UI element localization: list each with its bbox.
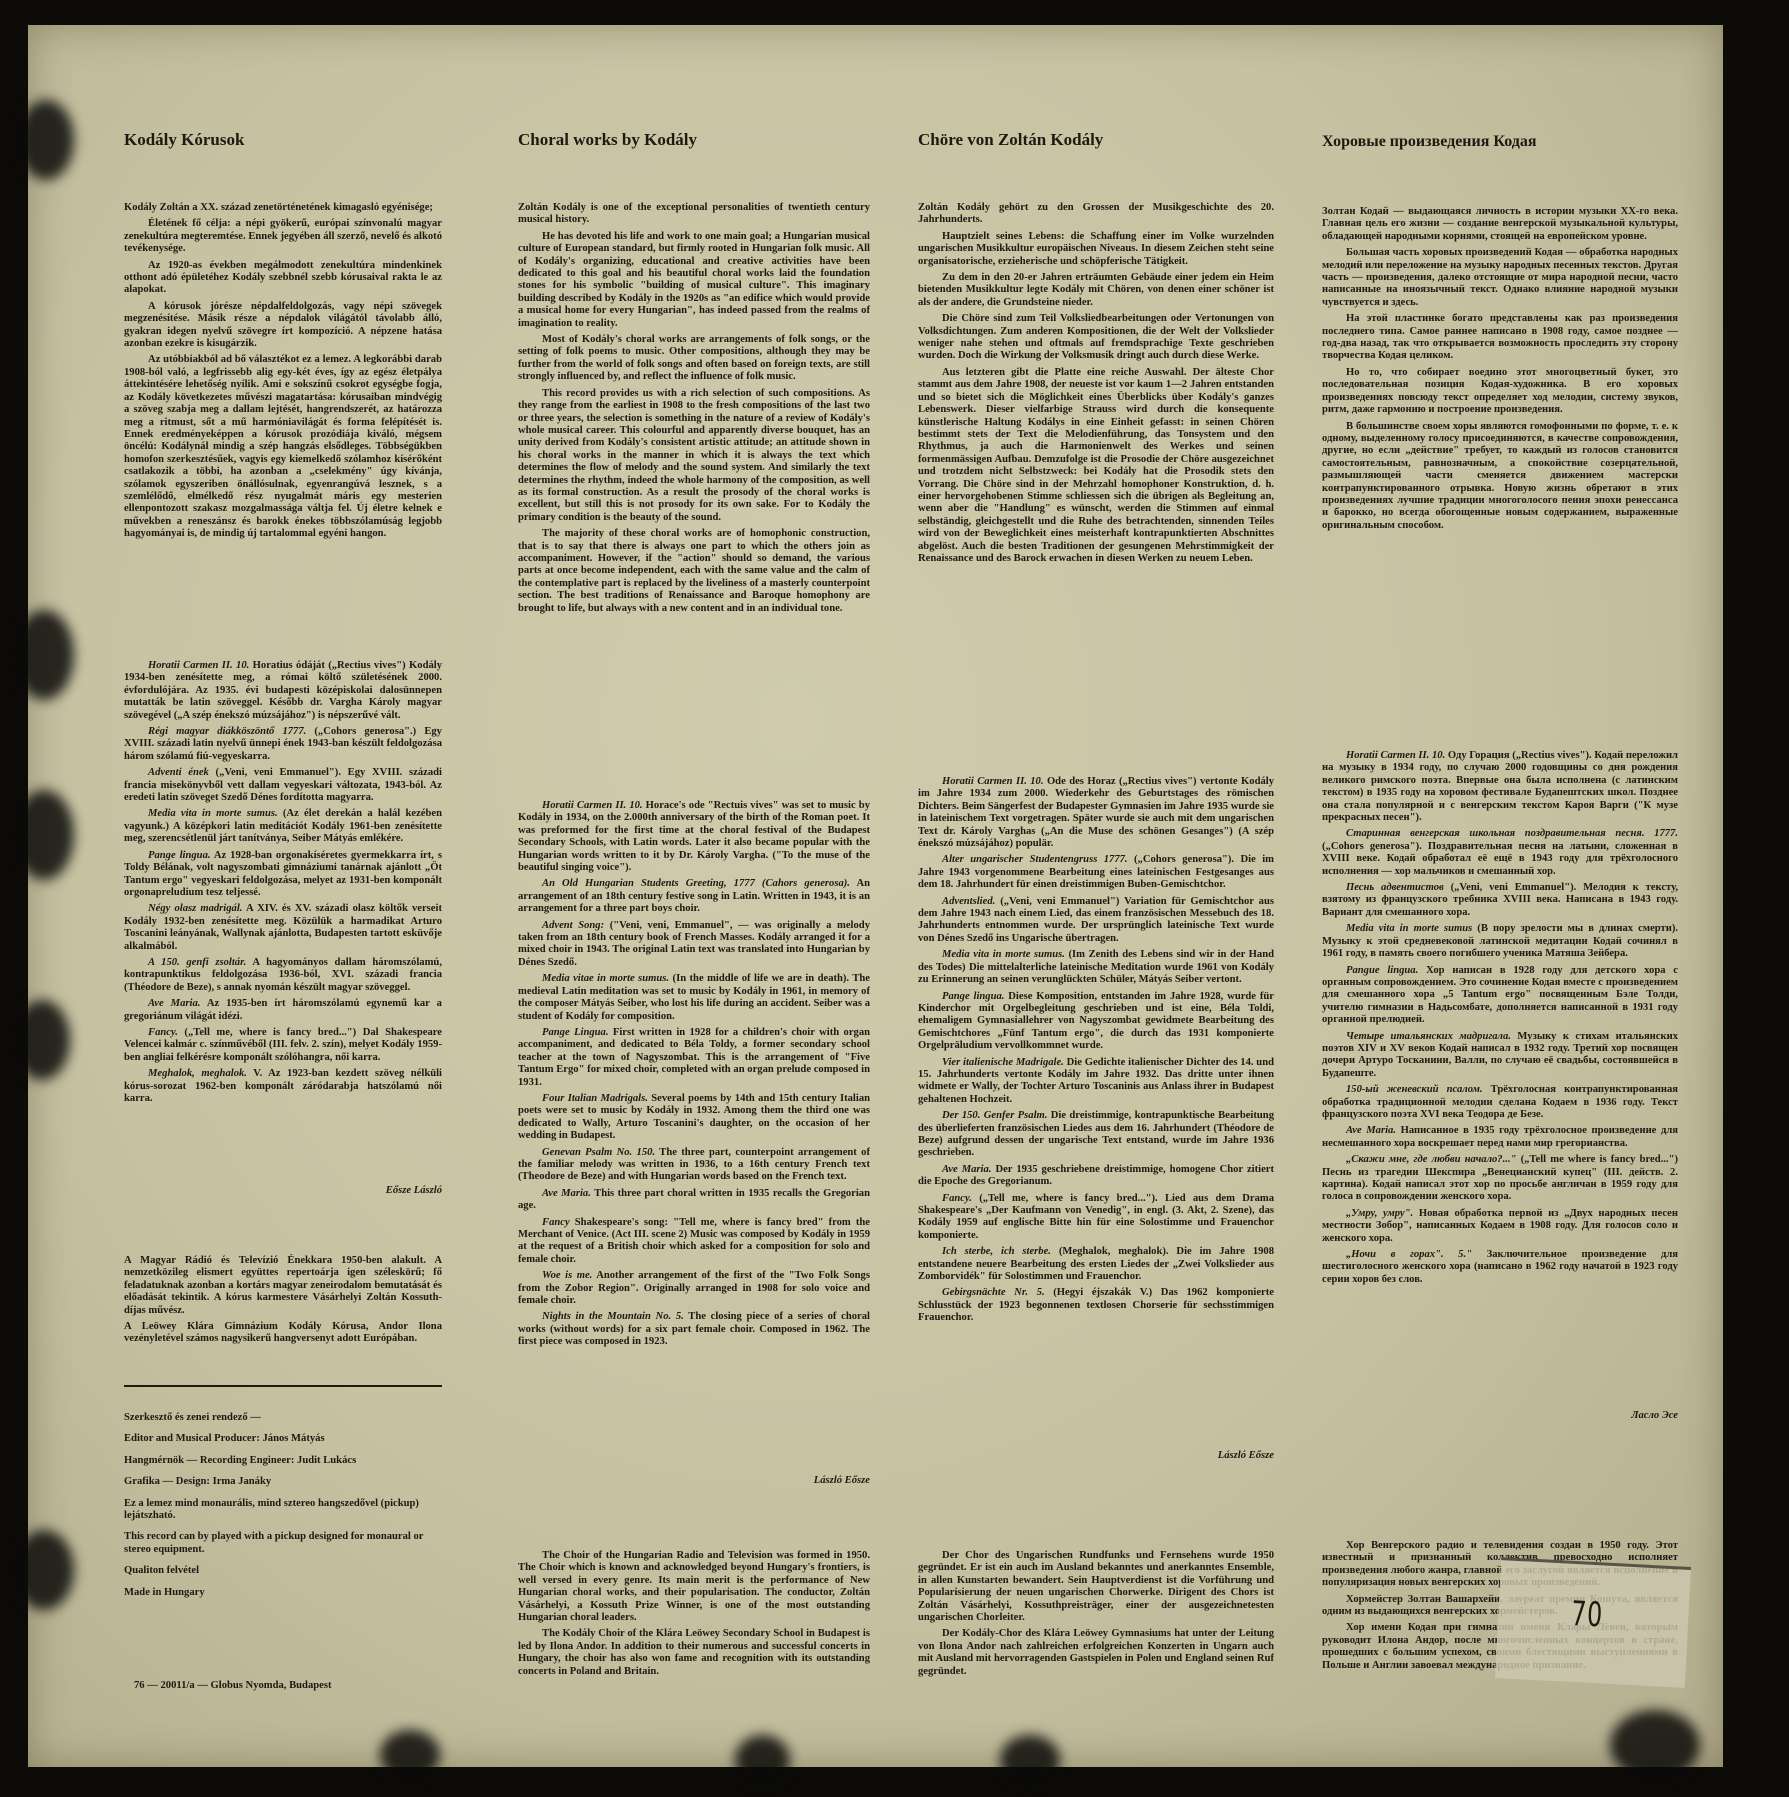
work-note: Fancy Shakespeare's song: "Tell me, wher…: [518, 1217, 870, 1267]
work-title: „Скажи мне, где любви начало?...": [1346, 1154, 1516, 1165]
finger-shadow: [14, 1000, 70, 1080]
work-title: Genevan Psalm No. 150.: [542, 1147, 655, 1158]
work-note: Nights in the Mountain No. 5. The closin…: [518, 1311, 870, 1348]
russian-intro: Золтан Кодай — выдающаяся личность в ист…: [1322, 206, 1678, 536]
work-description: Shakespeare's song: "Tell me, where is f…: [518, 1217, 870, 1265]
work-title: „Умру, умру".: [1346, 1208, 1413, 1219]
price-sticker-text: 70: [1570, 1594, 1604, 1636]
work-title: Fancy: [542, 1217, 570, 1228]
russian-title: Хоровые произведения Кодая: [1322, 132, 1536, 152]
work-note: Ave Maria. This three part choral writte…: [518, 1188, 870, 1213]
work-note: Horatii Carmen II. 10. Horatius ódáját (…: [124, 660, 442, 722]
finger-shadow: [14, 1530, 74, 1610]
hungarian-choir: A Magyar Rádió és Televízió Énekkara 195…: [124, 1255, 442, 1350]
work-note: „Умру, умру". Новая обработка первой из …: [1322, 1208, 1678, 1245]
work-title: „Ночи в горах". 5.": [1346, 1249, 1472, 1260]
work-title: Media vita in morte sumus.: [148, 808, 278, 819]
work-title: Horatii Carmen II. 10.: [1346, 750, 1445, 761]
work-note: Media vita in morte sumus. (Im Zenith de…: [918, 949, 1274, 986]
work-note: Adventi ének („Veni, veni Emmanuel"). Eg…: [124, 767, 442, 804]
work-title: Песнь адвентистов: [1346, 882, 1444, 893]
work-description: („Tell me, where is fancy bred..."). Lie…: [918, 1193, 1274, 1241]
work-note: Media vitae in morte sumus. (In the midd…: [518, 973, 870, 1023]
work-title: Adventslied.: [942, 896, 995, 907]
column-german: Chöre von Zoltán Kodály Zoltán Kodály ge…: [918, 120, 1274, 1770]
work-note: Песнь адвентистов („Veni, veni Emmanuel"…: [1322, 882, 1678, 919]
hungarian-works: Horatii Carmen II. 10. Horatius ódáját (…: [124, 660, 442, 1109]
hungarian-intro: Kodály Zoltán a XX. század zenetörténeté…: [124, 202, 442, 545]
work-note: Pange lingua. Diese Komposition, entstan…: [918, 991, 1274, 1053]
work-title: Four Italian Madrigals.: [542, 1093, 648, 1104]
work-title: Der 150. Genfer Psalm.: [942, 1110, 1047, 1121]
work-title: A 150. genfi zsoltár.: [148, 957, 246, 968]
german-intro: Zoltán Kodály gehört zu den Grossen der …: [918, 202, 1274, 569]
work-title: Fancy.: [942, 1193, 972, 1204]
german-signature: László Eősze: [918, 1450, 1274, 1466]
work-note: Horatii Carmen II. 10. Ode des Horaz („R…: [918, 776, 1274, 850]
work-note: Vier italienische Madrigale. Die Gedicht…: [918, 1057, 1274, 1107]
english-intro: Zoltán Kodály is one of the exceptional …: [518, 202, 870, 619]
german-title: Chöre von Zoltán Kodály: [918, 130, 1103, 150]
work-note: Pange Lingua. First written in 1928 for …: [518, 1027, 870, 1089]
finger-shadow: [14, 610, 74, 700]
finger-shadow: [18, 100, 74, 180]
work-title: Adventi ének: [148, 767, 209, 778]
column-english: Choral works by Kodály Zoltán Kodály is …: [518, 120, 870, 1770]
work-note: „Ночи в горах". 5." Заключительное произ…: [1322, 1249, 1678, 1286]
english-choir: The Choir of the Hungarian Radio and Tel…: [518, 1550, 870, 1682]
work-title: Старинная венгерская школьная поздравите…: [1346, 828, 1678, 839]
work-note: Genevan Psalm No. 150. The three part, c…: [518, 1147, 870, 1184]
work-title: Ave Maria.: [542, 1188, 591, 1199]
work-note: Adventslied. („Veni, veni Emmanuel") Var…: [918, 896, 1274, 946]
work-note: Gebirgsnächte Nr. 5. (Hegyi éjszakák V.)…: [918, 1287, 1274, 1324]
work-title: An Old Hungarian Students Greeting, 1777…: [542, 878, 850, 889]
work-note: Meghalok, meghalok. V. Az 1923-ban kezde…: [124, 1068, 442, 1105]
english-works: Horatii Carmen II. 10. Horace's ode "Rec…: [518, 800, 870, 1353]
work-note: Der 150. Genfer Psalm. Die dreistimmige,…: [918, 1110, 1274, 1160]
work-note: Fancy. („Tell me, where is fancy bred...…: [918, 1193, 1274, 1243]
printer-imprint: 76 — 20011/a — Globus Nyomda, Budapest: [134, 1680, 332, 1691]
work-note: Media vita in morte sumus (В пору зрелос…: [1322, 923, 1678, 960]
work-title: Nights in the Mountain No. 5.: [542, 1311, 684, 1322]
work-note: Régi magyar diákköszöntő 1777. („Cohors …: [124, 726, 442, 763]
russian-works: Horatii Carmen II. 10. Оду Горация („Rec…: [1322, 750, 1678, 1290]
work-title: Advent Song:: [542, 920, 604, 931]
work-title: Pange lingua.: [148, 850, 211, 861]
work-title: Ave Maria.: [148, 998, 200, 1009]
english-signature: László Eősze: [518, 1475, 870, 1491]
work-note: Horatii Carmen II. 10. Оду Горация („Rec…: [1322, 750, 1678, 824]
work-title: Pange Lingua.: [542, 1027, 608, 1038]
work-title: Horatii Carmen II. 10.: [542, 800, 643, 811]
work-title: Media vita in morte sumus.: [942, 949, 1065, 960]
english-title: Choral works by Kodály: [518, 130, 697, 150]
credits: Szerkesztő és zenei rendező — Editor and…: [124, 1412, 424, 1608]
work-title: Ich sterbe, ich sterbe.: [942, 1246, 1051, 1257]
work-note: Ave Maria. Der 1935 geschriebene dreisti…: [918, 1164, 1274, 1189]
work-title: Régi magyar diákköszöntő 1777.: [148, 726, 306, 737]
work-description: („Cohors generosa"). Поздравительная пес…: [1322, 841, 1678, 877]
work-note: Ave Maria. Az 1935-ben írt háromszólamú …: [124, 998, 442, 1023]
work-note: Pangue lingua. Хор написан в 1928 году д…: [1322, 965, 1678, 1027]
column-russian: Хоровые произведения Кодая Золтан Кодай …: [1322, 120, 1678, 1770]
work-note: Media vita in morte sumus. (Az élet dere…: [124, 808, 442, 845]
work-title: Pangue lingua.: [1346, 965, 1418, 976]
work-note: Horatii Carmen II. 10. Horace's ode "Rec…: [518, 800, 870, 874]
work-note: 150-ый женевский псалом. Трёхголосная ко…: [1322, 1084, 1678, 1121]
divider: [124, 1385, 442, 1387]
work-title: Media vitae in morte sumus.: [542, 973, 669, 984]
hungarian-signature: Eősze László: [124, 1185, 442, 1201]
work-title: Ave Maria.: [942, 1164, 991, 1175]
work-note: Woe is me. Another arrangement of the fi…: [518, 1270, 870, 1307]
work-title: Gebirgsnächte Nr. 5.: [942, 1287, 1045, 1298]
work-note: Старинная венгерская школьная поздравите…: [1322, 828, 1678, 878]
work-note: Pange lingua. Az 1928-ban orgonakísérete…: [124, 850, 442, 900]
work-title: Pange lingua.: [942, 991, 1004, 1002]
german-works: Horatii Carmen II. 10. Ode des Horaz („R…: [918, 776, 1274, 1329]
work-title: Vier italienische Madrigale.: [942, 1057, 1064, 1068]
work-note: Alter ungarischer Studentengruss 1777. (…: [918, 854, 1274, 891]
work-title: Horatii Carmen II. 10.: [942, 776, 1044, 787]
work-title: Meghalok, meghalok.: [148, 1068, 247, 1079]
russian-signature: Ласло Эсе: [1322, 1410, 1678, 1426]
work-note: Ave Maria. Написанное в 1935 году трёхго…: [1322, 1125, 1678, 1150]
work-title: Ave Maria.: [1346, 1125, 1396, 1136]
column-hungarian: Kodály Kórusok Kodály Zoltán a XX. száza…: [124, 120, 442, 1770]
work-title: Alter ungarischer Studentengruss 1777.: [942, 854, 1128, 865]
work-title: 150-ый женевский псалом.: [1346, 1084, 1483, 1095]
german-choir: Der Chor des Ungarischen Rundfunks und F…: [918, 1550, 1274, 1682]
work-note: Fancy. („Tell me, where is fancy bred...…: [124, 1027, 442, 1064]
work-note: Четыре итальянских мадригала. Музыку к с…: [1322, 1031, 1678, 1081]
work-note: An Old Hungarian Students Greeting, 1777…: [518, 878, 870, 915]
work-title: Woe is me.: [542, 1270, 592, 1281]
work-title: Négy olasz madrigál.: [148, 903, 242, 914]
work-title: Fancy.: [148, 1027, 178, 1038]
work-title: Media vita in morte sumus: [1346, 923, 1472, 934]
work-note: Advent Song: ("Veni, veni, Emmanuel", — …: [518, 920, 870, 970]
work-title: Четыре итальянских мадригала.: [1346, 1031, 1511, 1042]
work-note: „Скажи мне, где любви начало?..." („Tell…: [1322, 1154, 1678, 1204]
finger-shadow: [14, 790, 74, 880]
price-sticker: 70: [1495, 1557, 1691, 1688]
work-note: A 150. genfi zsoltár. A hagyományos dall…: [124, 957, 442, 994]
work-note: Ich sterbe, ich sterbe. (Meghalok, megha…: [918, 1246, 1274, 1283]
work-note: Four Italian Madrigals. Several poems by…: [518, 1093, 870, 1143]
hungarian-title: Kodály Kórusok: [124, 130, 244, 150]
work-note: Négy olasz madrigál. A XIV. és XV. száza…: [124, 903, 442, 953]
work-title: Horatii Carmen II. 10.: [148, 660, 249, 671]
